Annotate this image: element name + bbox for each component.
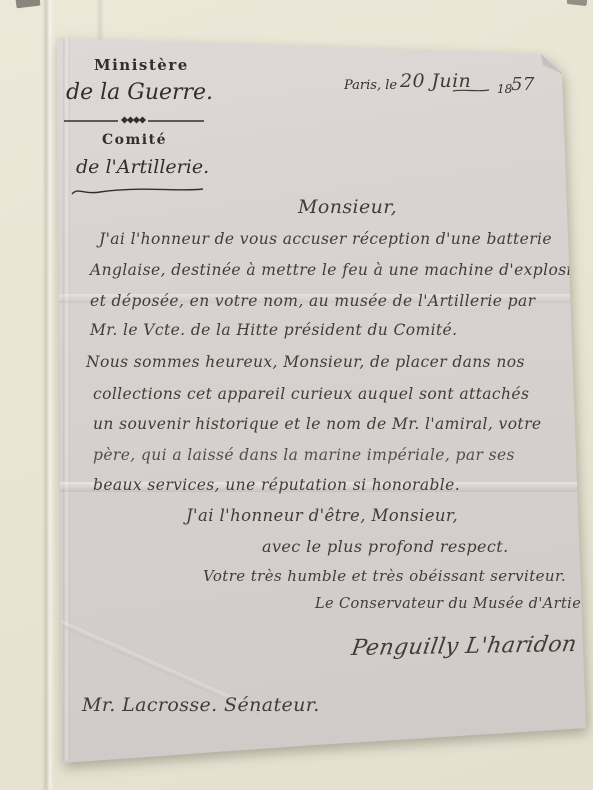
body-line: Anglaise, destinée à mettre le feu à une… <box>90 261 593 279</box>
body-line: Nous sommes heureux, Monsieur, de placer… <box>86 353 525 371</box>
signature: Penguilly L'haridon <box>350 632 579 661</box>
letter-photo: Ministère de la Guerre. Comité de l'Arti… <box>0 0 593 790</box>
salutation: Monsieur, <box>298 196 397 218</box>
closing-line: avec le plus profond respect. <box>262 537 509 556</box>
dateline-printed-prefix: Paris, le <box>344 78 397 93</box>
body-line: collections cet appareil curieux auquel … <box>93 385 529 403</box>
body-line: beaux services, une réputation si honora… <box>93 476 460 494</box>
dateline-printed-year: 18 <box>497 82 512 96</box>
closing-line: Le Conservateur du Musée d'Artie. <box>315 596 586 612</box>
paper-crease-vertical <box>63 38 70 760</box>
letterhead-ministry-subtitle: de la Guerre. <box>66 80 213 105</box>
body-line: J'ai l'honneur de vous accuser réception… <box>99 230 552 248</box>
dateline-dash <box>452 88 490 94</box>
closing-line: J'ai l'honneur d'être, Monsieur, <box>186 506 458 525</box>
body-line: père, qui a laissé dans la marine impéri… <box>93 446 515 464</box>
body-line: Mr. le Vcte. de la Hitte président du Co… <box>90 321 457 339</box>
letterhead-committee-title: Comité <box>102 132 167 148</box>
letter-paper: Ministère de la Guerre. Comité de l'Arti… <box>0 0 593 790</box>
closing-line: Votre très humble et très obéissant serv… <box>203 567 566 585</box>
body-line: et déposée, en votre nom, au musée de l'… <box>90 292 535 310</box>
letterhead-committee-subtitle: de l'Artillerie. <box>76 156 209 178</box>
letterhead-flourish-rule <box>70 184 205 198</box>
letterhead-rule-ornament <box>64 114 204 126</box>
dateline-handwritten-year: 57 <box>511 74 535 95</box>
addressee-line: Mr. Lacrosse. Sénateur. <box>82 694 320 716</box>
paper-corner-fold <box>541 54 563 74</box>
letterhead-ministry-title: Ministère <box>94 56 189 74</box>
body-line: un souvenir historique et le nom de Mr. … <box>93 415 541 433</box>
